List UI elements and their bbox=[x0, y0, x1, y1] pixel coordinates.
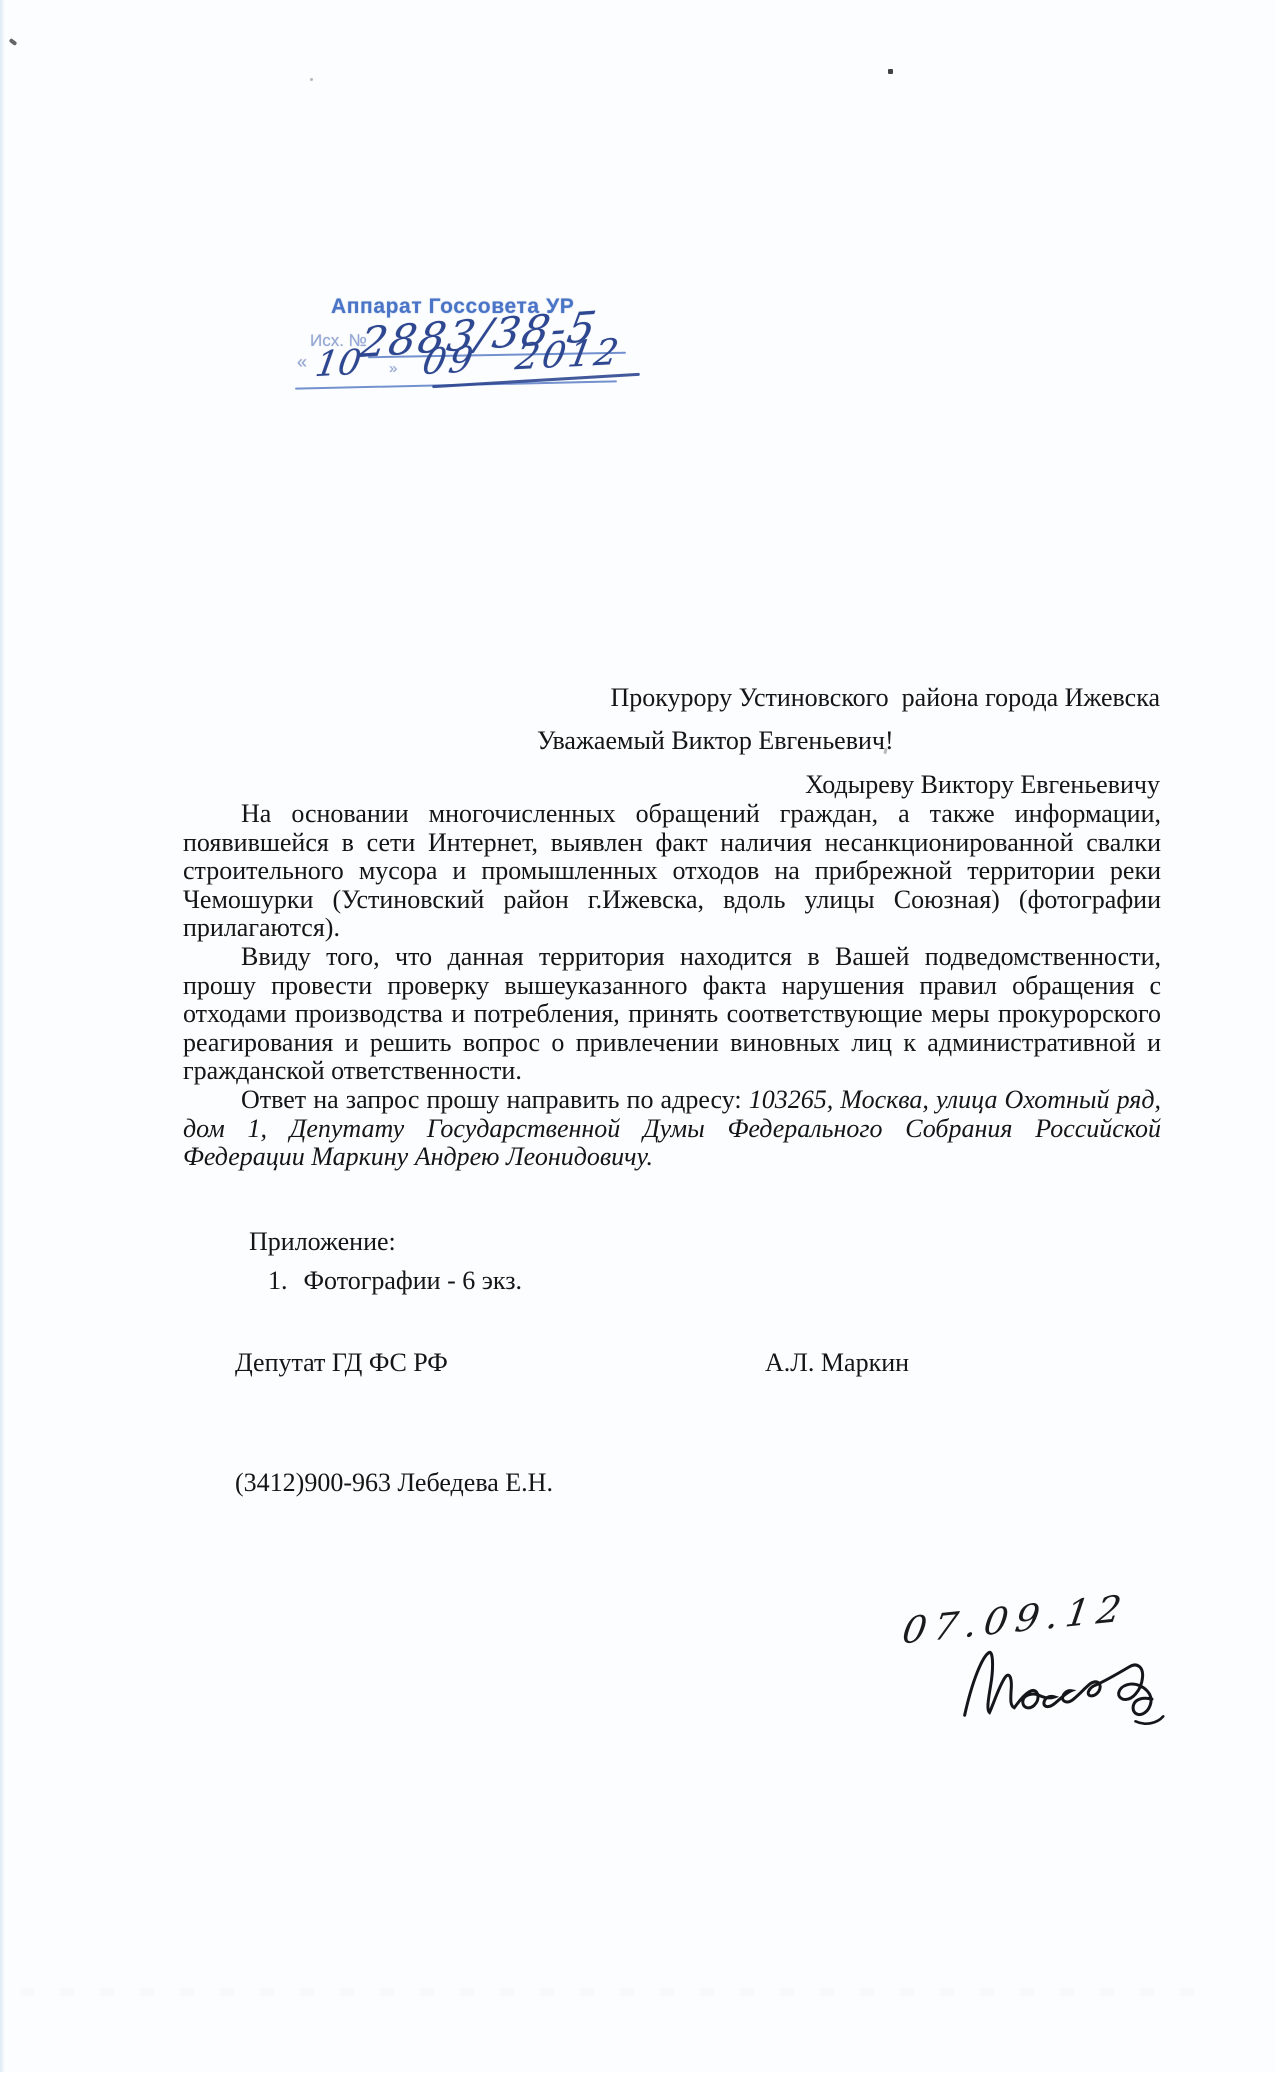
signoff-name: А.Л. Маркин bbox=[765, 1348, 909, 1378]
paragraph-3-lead: Ответ на запрос прошу направить по адрес… bbox=[241, 1085, 749, 1114]
signature-stroke bbox=[960, 1641, 1153, 1726]
signature-flourish-stroke bbox=[1135, 1716, 1163, 1724]
stamp-date-day-handwritten: 10 bbox=[313, 343, 364, 385]
scan-area: Аппарат Госсовета УР Исх. № 2883/38-5 « … bbox=[0, 0, 1275, 2072]
scan-left-edge-shadow bbox=[0, 0, 5, 2072]
letter-body: На основании многочисленных обращений гр… bbox=[183, 800, 1161, 1172]
stamp-date-quote-close: » bbox=[389, 360, 397, 377]
scanned-letter-page: Аппарат Госсовета УР Исх. № 2883/38-5 « … bbox=[0, 0, 1275, 2100]
attachment-item: 1.Фотографии - 6 экз. bbox=[268, 1266, 522, 1296]
scan-noise-band bbox=[20, 1988, 1200, 1996]
attachment-item-text: Фотографии - 6 экз. bbox=[304, 1266, 522, 1295]
scan-speck bbox=[310, 78, 313, 81]
signoff-position: Депутат ГД ФС РФ bbox=[235, 1348, 448, 1378]
salutation: Уважаемый Виктор Евгеньевич! bbox=[537, 726, 894, 756]
scan-speck bbox=[888, 69, 893, 74]
paragraph-1: На основании многочисленных обращений гр… bbox=[183, 800, 1161, 943]
recipient-line2: Ходыреву Виктору Евгеньевичу bbox=[610, 770, 1160, 799]
paragraph-2: Ввиду того, что данная территория находи… bbox=[183, 943, 1161, 1086]
attachment-item-number: 1. bbox=[268, 1266, 288, 1295]
stamp-date-quote-open: « bbox=[297, 352, 307, 373]
scan-speck bbox=[9, 38, 18, 46]
executor-contact: (3412)900-963 Лебедева Е.Н. bbox=[235, 1468, 553, 1498]
paragraph-3: Ответ на запрос прошу направить по адрес… bbox=[183, 1086, 1161, 1172]
handwritten-signature bbox=[952, 1630, 1183, 1745]
attachment-title: Приложение: bbox=[249, 1227, 396, 1257]
recipient-line1: Прокурору Устиновского района города Иже… bbox=[610, 683, 1160, 712]
